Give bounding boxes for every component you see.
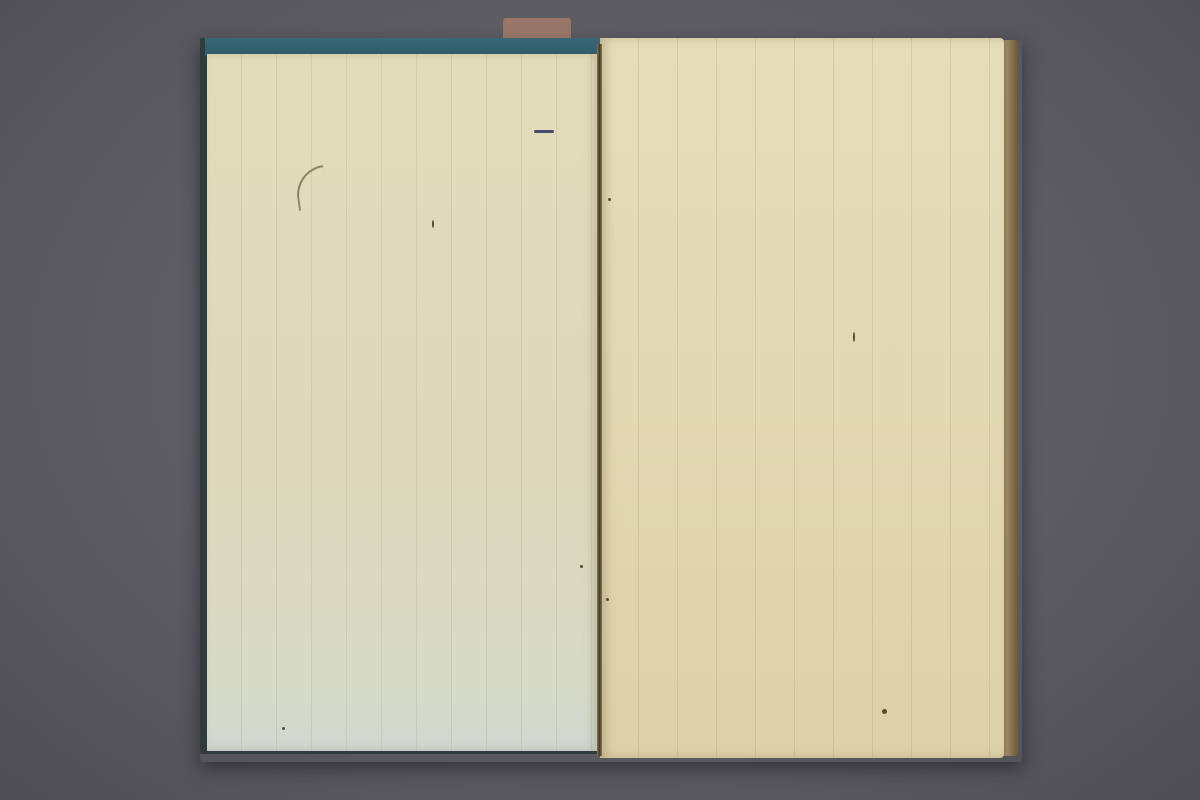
blemish — [580, 565, 583, 568]
blemish — [282, 727, 285, 730]
blemish — [853, 332, 855, 342]
blemish — [882, 709, 887, 714]
blemish — [606, 598, 609, 601]
blemish — [608, 198, 611, 201]
ink-mark — [534, 130, 554, 133]
right-page — [600, 38, 1004, 758]
left-page — [207, 54, 599, 751]
open-book — [0, 0, 1200, 800]
book-gutter — [597, 44, 602, 756]
blemish — [432, 220, 434, 228]
